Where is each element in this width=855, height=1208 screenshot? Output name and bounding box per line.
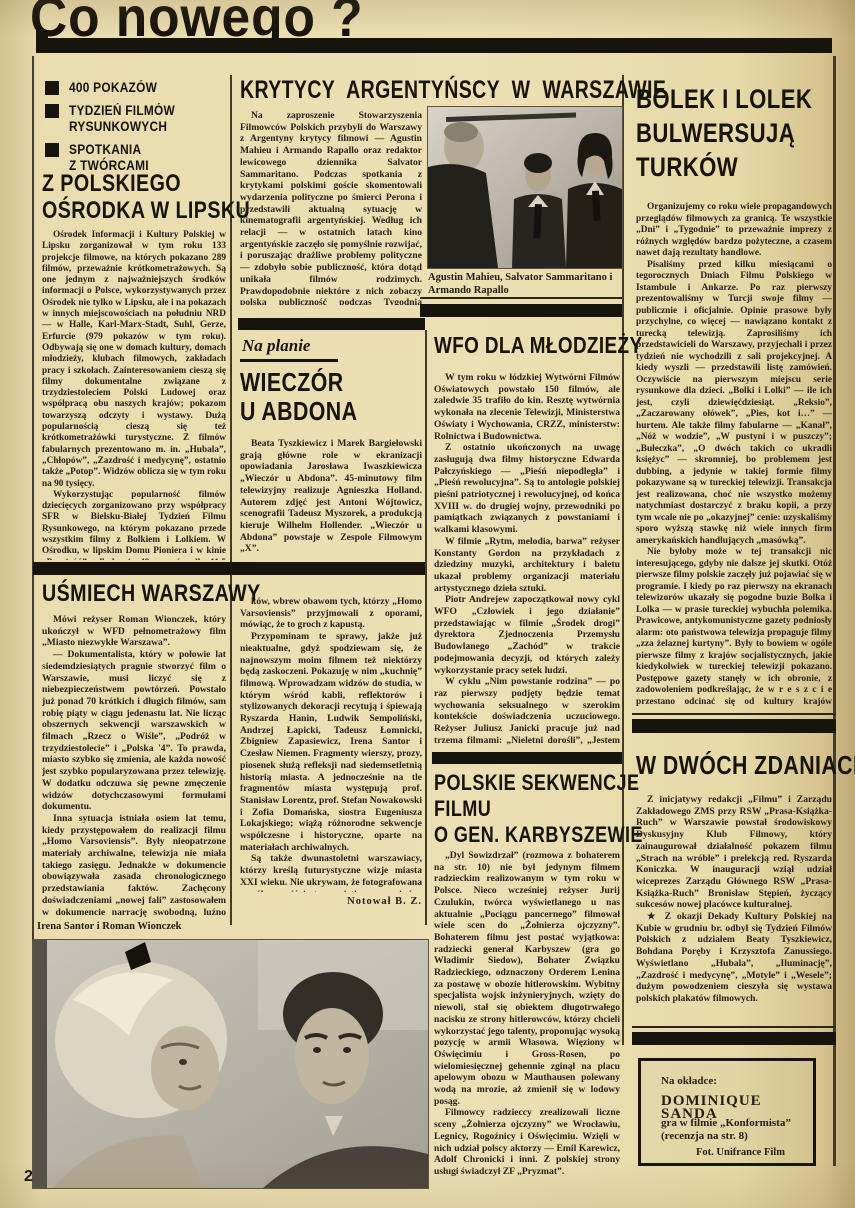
bullet-square-icon xyxy=(45,104,59,118)
article-body-bolek: Organizujemy co roku wiele propagandowyc… xyxy=(636,202,832,707)
bullet-square-icon xyxy=(45,143,59,157)
separator-line xyxy=(632,713,836,715)
paragraph: Pisaliśmy przed kilku miesiącami o tegor… xyxy=(636,260,832,548)
byline: Notował B. Z. xyxy=(240,896,422,907)
article-body-wfo: W tym roku w łódzkiej Wytwórni Filmów Oś… xyxy=(434,372,620,746)
paragraph: Beata Tyszkiewicz i Marek Bargiełowski g… xyxy=(240,438,422,555)
article-body-usmiech-col1: Mówi reżyser Roman Wionczek, który ukońc… xyxy=(42,614,226,918)
photo-santor-illustration xyxy=(33,940,428,1188)
article-body-usmiech-col2: ków, wbrew obawom tych, którzy „Homo Var… xyxy=(240,596,422,892)
article-title-wieczor: WIECZÓR U ABDONA xyxy=(240,368,357,426)
bullet-square-icon xyxy=(45,81,59,95)
cover-film-line: gra w filmie „Konformista” xyxy=(661,1117,791,1130)
cover-photo-credit: Fot. Unifrance Film xyxy=(696,1147,785,1160)
article-title-dwazdania: W DWÓCH ZDANIACH xyxy=(636,750,855,781)
paragraph: Filmowcy radzieccy zrealizowali liczne s… xyxy=(434,1107,620,1177)
list-item: TYDZIEŃ FILMÓW RYSUNKOWYCH xyxy=(45,103,230,136)
separator-line xyxy=(632,1026,836,1028)
separator-bar-cover xyxy=(632,1032,836,1045)
highlight-label: TYDZIEŃ FILMÓW RYSUNKOWYCH xyxy=(69,103,175,136)
photo-caption-critics: Agustin Mahieu, Salvator Sammaritano i A… xyxy=(428,272,622,297)
paragraph: Inna sytuacja istniała osiem lat temu, k… xyxy=(42,813,226,918)
list-item: 400 POKAZÓW xyxy=(45,80,230,97)
article-body-karbyszew: „Dyl Sowizdrzał” (rozmowa z bohaterem na… xyxy=(434,850,620,1190)
magazine-page: Co nowego ? 400 POKAZÓW TYDZIEŃ FILMÓW R… xyxy=(0,0,855,1208)
paragraph: W cyklu „Nim powstanie rodzina” — po raz… xyxy=(434,676,620,746)
paragraph: Na zaproszenie Stowarzyszenia Filmowców … xyxy=(240,110,422,305)
article-title-bolek: BOLEK I LOLEK BULWERSUJĄ TURKÓW xyxy=(636,82,812,184)
paragraph: Są także dwunastoletni warszawiacy, któr… xyxy=(240,853,422,892)
paragraph: Mówi reżyser Roman Wionczek, który ukońc… xyxy=(42,614,226,649)
article-title-karbyszew: POLSKIE SEKWENCJE FILMU O GEN. KARBYSZEW… xyxy=(434,770,643,848)
cover-note-box: Na okładce: DOMINIQUE SANDA gra w filmie… xyxy=(638,1058,816,1166)
paragraph: Nie byłoby może w tej transakcji nic int… xyxy=(636,547,832,707)
paragraph: Ośrodek Informacji i Kultury Polskiej w … xyxy=(42,230,226,490)
separator-bar-dwazdania xyxy=(632,719,836,733)
masthead-rule xyxy=(38,38,832,53)
photo-critics-illustration xyxy=(428,107,622,268)
separator-bar-karbyszew xyxy=(432,752,622,764)
separator-bar-usmiech xyxy=(33,562,425,575)
divider-col2-col3 xyxy=(425,330,427,925)
paragraph: ków, wbrew obawom tych, którzy „Homo Var… xyxy=(240,596,422,631)
article-body-dwazdania: Z inicjatywy redakcji „Filmu” i Zarządu … xyxy=(636,794,832,1022)
separator-bar-wfo xyxy=(420,304,622,317)
article-body-lipsk: Ośrodek Informacji i Kultury Polskiej w … xyxy=(42,230,226,560)
paragraph: W tym roku w łódzkiej Wytwórni Filmów Oś… xyxy=(434,372,620,442)
paragraph: — Dokumentalista, który w połowie lat si… xyxy=(42,649,226,813)
cover-review-line: (recenzja na str. 8) xyxy=(661,1130,748,1143)
paragraph: ★ Z okazji Dekady Kultury Polskiej na Ku… xyxy=(636,911,832,1005)
photo-argentine-critics xyxy=(428,107,622,268)
section-kicker: Na planie xyxy=(240,336,338,362)
article-title-usmiech: UŚMIECH WARSZAWY xyxy=(42,580,261,608)
article-title-krytycy: KRYTYCY ARGENTYŃSCY W WARSZAWIE xyxy=(240,76,666,105)
photo-caption-santor: Irena Santor i Roman Wionczek xyxy=(37,921,337,934)
photo-santor-wionczek xyxy=(33,940,428,1188)
paragraph: Piotr Andrejew zapoczątkował nowy cykl W… xyxy=(434,594,620,676)
separator-bar-na-planie xyxy=(238,318,425,330)
right-column-rule xyxy=(833,56,836,1166)
article-title-wfo: WFO DLA MŁODZIEŻY xyxy=(434,332,642,359)
article-body-krytycy: Na zaproszenie Stowarzyszenia Filmowców … xyxy=(240,110,422,305)
separator-line xyxy=(420,297,622,299)
article-title-lipsk: Z POLSKIEGO OŚRODKA W LIPSKU xyxy=(42,170,250,224)
paragraph: Wykorzystując popularność filmów dziecię… xyxy=(42,490,226,560)
highlight-label: 400 POKAZÓW xyxy=(69,80,157,97)
paragraph: Z inicjatywy redakcji „Filmu” i Zarządu … xyxy=(636,794,832,911)
article-body-wieczor: Beata Tyszkiewicz i Marek Bargiełowski g… xyxy=(240,438,422,560)
paragraph: W filmie „Rytm, melodia, barwa” reżyser … xyxy=(434,536,620,595)
paragraph: „Dyl Sowizdrzał” (rozmowa z bohaterem na… xyxy=(434,850,620,1107)
divider-col3-col4 xyxy=(622,75,624,1045)
highlight-list: 400 POKAZÓW TYDZIEŃ FILMÓW RYSUNKOWYCH S… xyxy=(45,80,230,181)
paragraph: Przypominam te sprawy, jakże już nieaktu… xyxy=(240,631,422,853)
paragraph: Z ostatnio ukończonych na uwagę zasługuj… xyxy=(434,442,620,536)
page-number: 2 xyxy=(24,1168,33,1186)
cover-label: Na okładce: xyxy=(661,1075,717,1088)
paragraph: Organizujemy co roku wiele propagandowyc… xyxy=(636,202,832,260)
